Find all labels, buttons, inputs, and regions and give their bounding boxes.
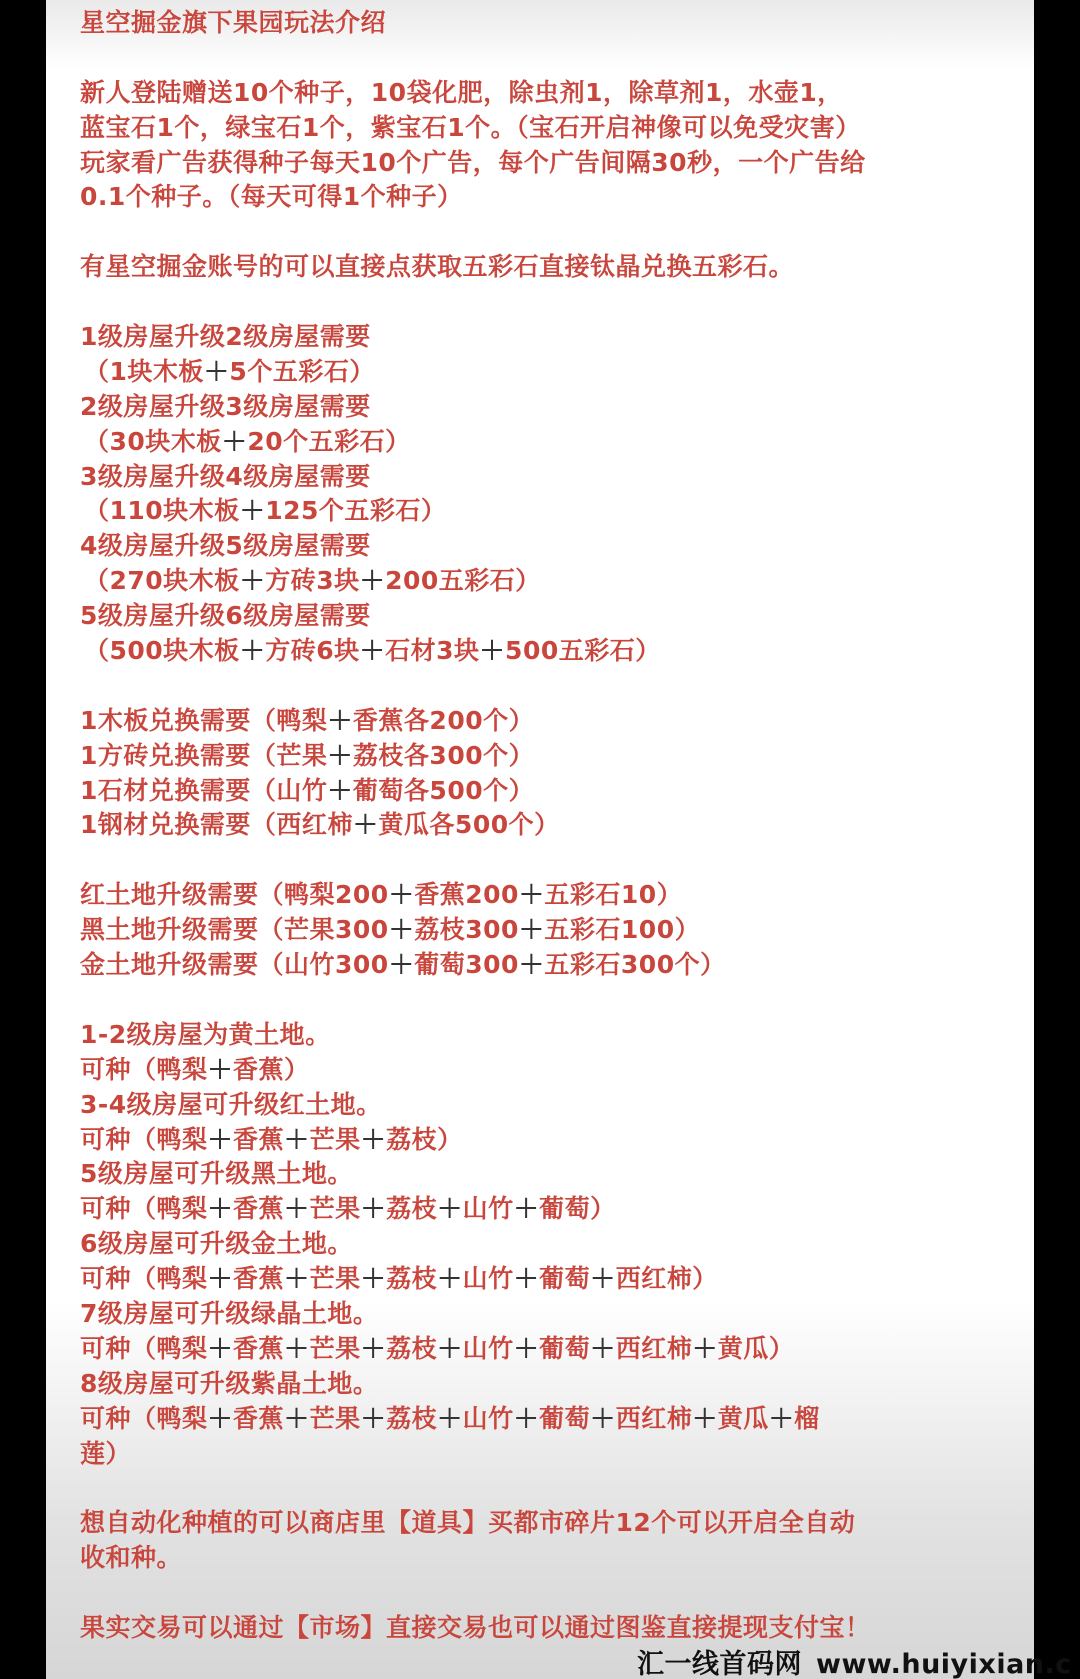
land-type-crops: 可种（鸭梨＋香蕉＋芒果＋荔枝＋山竹＋葡萄＋西红柿＋黄瓜） [80,1332,1020,1367]
item-text: 榴 [794,1404,820,1433]
plus-icon: ＋ [284,1194,310,1223]
plus-icon: ＋ [480,636,506,665]
item-text: 可种（鸭梨 [80,1334,208,1363]
item-text: 1钢材兑换需要（西红柿 [80,810,353,839]
plus-icon: ＋ [284,1334,310,1363]
house-upgrade-cost: （30块木板＋20个五彩石） [80,425,1020,460]
item-text: 芒果 [310,1334,361,1363]
house-upgrade-cost: （500块木板＋方砖6块＋石材3块＋500五彩石） [80,634,1020,669]
spacer [80,41,1020,76]
plus-icon: ＋ [208,1125,234,1154]
item-text: 葡萄 [539,1334,590,1363]
plus-icon: ＋ [437,1334,463,1363]
item-text: 山竹 [463,1264,514,1293]
item-text: 西红柿） [616,1264,718,1293]
plus-icon: ＋ [361,1194,387,1223]
plus-icon: ＋ [519,880,545,909]
item-text: 芒果 [310,1264,361,1293]
land-type-title: 8级房屋可升级紫晶土地。 [80,1367,1020,1402]
item-text: （270块木板 [84,566,240,595]
plus-icon: ＋ [361,1404,387,1433]
plus-icon: ＋ [361,1125,387,1154]
item-text: 葡萄 [539,1404,590,1433]
item-text: 荔枝300 [414,915,519,944]
item-text: 香蕉 [233,1264,284,1293]
plus-icon: ＋ [327,776,353,805]
land-type-title: 6级房屋可升级金土地。 [80,1227,1020,1262]
item-text: 葡萄） [539,1194,616,1223]
plus-icon: ＋ [208,1194,234,1223]
plus-icon: ＋ [361,1264,387,1293]
item-text: 荔枝） [386,1125,463,1154]
plus-icon: ＋ [208,1404,234,1433]
item-text: 荔枝 [386,1334,437,1363]
intro-line: 玩家看广告获得种子每天10个广告，每个广告间隔30秒，一个广告给 [80,146,1020,181]
exchange-line: 1石材兑换需要（山竹＋葡萄各500个） [80,774,1020,809]
item-text: （1块木板 [84,357,204,386]
item-text: 荔枝 [386,1264,437,1293]
land-type-crops: 可种（鸭梨＋香蕉＋芒果＋荔枝） [80,1123,1020,1158]
plus-icon: ＋ [208,1055,234,1084]
item-text: 香蕉） [233,1055,310,1084]
plus-icon: ＋ [389,950,415,979]
plus-icon: ＋ [389,880,415,909]
item-text: 黄瓜 [718,1404,769,1433]
house-upgrade-title: 4级房屋升级5级房屋需要 [80,529,1020,564]
right-letterbox [1034,0,1080,1679]
plus-icon: ＋ [327,741,353,770]
item-text: 香蕉 [233,1125,284,1154]
plus-icon: ＋ [284,1264,310,1293]
account-note: 有星空掘金账号的可以直接点获取五彩石直接钛晶兑换五彩石。 [80,250,1020,285]
plus-icon: ＋ [284,1404,310,1433]
item-text: 香蕉 [233,1404,284,1433]
spacer [80,285,1020,320]
item-text: 1木板兑换需要（鸭梨 [80,706,327,735]
exchange-line: 1钢材兑换需要（西红柿＋黄瓜各500个） [80,808,1020,843]
land-type-list: 1-2级房屋为黄土地。可种（鸭梨＋香蕉）3-4级房屋可升级红土地。可种（鸭梨＋香… [80,1018,1020,1472]
plus-icon: ＋ [222,427,248,456]
automation-note: 收和种。 [80,1541,1020,1576]
plus-icon: ＋ [208,1334,234,1363]
item-text: 葡萄各500个） [353,776,534,805]
house-upgrade-cost: （270块木板＋方砖3块＋200五彩石） [80,564,1020,599]
trade-note: 果实交易可以通过【市场】直接交易也可以通过图鉴直接提现支付宝！ [80,1611,1020,1646]
plus-icon: ＋ [514,1334,540,1363]
land-upgrade-line: 红土地升级需要（鸭梨200＋香蕉200＋五彩石10） [80,878,1020,913]
plus-icon: ＋ [360,636,386,665]
item-text: 山竹 [463,1404,514,1433]
spacer [80,983,1020,1018]
house-upgrade-cost: （110块木板＋125个五彩石） [80,494,1020,529]
item-text: 1石材兑换需要（山竹 [80,776,327,805]
plus-icon: ＋ [240,636,266,665]
item-text: 可种（鸭梨 [80,1404,208,1433]
plus-icon: ＋ [208,1264,234,1293]
item-text: 五彩石100） [544,915,700,944]
spacer [80,669,1020,704]
plus-icon: ＋ [519,915,545,944]
item-text: 500五彩石） [505,636,661,665]
plus-icon: ＋ [590,1404,616,1433]
item-text: 西红柿 [616,1404,693,1433]
plus-icon: ＋ [514,1404,540,1433]
item-text: 香蕉 [233,1194,284,1223]
plus-icon: ＋ [514,1264,540,1293]
material-exchange-list: 1木板兑换需要（鸭梨＋香蕉各200个）1方砖兑换需要（芒果＋荔枝各300个）1石… [80,704,1020,844]
land-upgrade-line: 黑土地升级需要（芒果300＋荔枝300＋五彩石100） [80,913,1020,948]
item-text: 五彩石300个） [544,950,725,979]
plus-icon: ＋ [360,566,386,595]
spacer [80,1471,1020,1506]
item-text: 方砖6块 [265,636,359,665]
automation-note: 想自动化种植的可以商店里【道具】买都市碎片12个可以开启全自动 [80,1506,1020,1541]
land-type-crops: 可种（鸭梨＋香蕉） [80,1053,1020,1088]
item-text: 山竹 [463,1194,514,1223]
item-text: 5个五彩石） [229,357,374,386]
plus-icon: ＋ [204,357,230,386]
plus-icon: ＋ [692,1334,718,1363]
item-text: 20个五彩石） [247,427,410,456]
house-upgrade-title: 5级房屋升级6级房屋需要 [80,599,1020,634]
plus-icon: ＋ [514,1194,540,1223]
plus-icon: ＋ [437,1194,463,1223]
item-text: 黄瓜各500个） [378,810,559,839]
exchange-line: 1木板兑换需要（鸭梨＋香蕉各200个） [80,704,1020,739]
item-text: 200五彩石） [385,566,541,595]
plus-icon: ＋ [769,1404,795,1433]
item-text: （30块木板 [84,427,222,456]
plus-icon: ＋ [284,1125,310,1154]
plus-icon: ＋ [361,1334,387,1363]
item-text: 黄瓜） [718,1334,795,1363]
watermark-name: 汇一线首码网 [637,1649,802,1679]
item-text: 方砖3块 [265,566,359,595]
house-upgrade-list: 1级房屋升级2级房屋需要（1块木板＋5个五彩石）2级房屋升级3级房屋需要（30块… [80,320,1020,669]
exchange-line: 1方砖兑换需要（芒果＋荔枝各300个） [80,739,1020,774]
plus-icon: ＋ [519,950,545,979]
item-text: 可种（鸭梨 [80,1125,208,1154]
house-upgrade-title: 2级房屋升级3级房屋需要 [80,390,1020,425]
spacer [80,1576,1020,1611]
plus-icon: ＋ [240,496,266,525]
item-text: 1方砖兑换需要（芒果 [80,741,327,770]
plus-icon: ＋ [692,1404,718,1433]
item-text: 香蕉各200个） [353,706,534,735]
spacer [80,215,1020,250]
land-upgrade-line: 金土地升级需要（山竹300＋葡萄300＋五彩石300个） [80,948,1020,983]
item-text: 红土地升级需要（鸭梨200 [80,880,389,909]
item-text: 可种（鸭梨 [80,1194,208,1223]
intro-line: 0.1个种子。（每天可得1个种子） [80,180,1020,215]
house-upgrade-title: 1级房屋升级2级房屋需要 [80,320,1020,355]
intro-line: 蓝宝石1个，绿宝石1个，紫宝石1个。（宝石开启神像可以免受灾害） [80,111,1020,146]
document-content: 星空掘金旗下果园玩法介绍 新人登陆赠送10个种子，10袋化肥，除虫剂1，除草剂1… [80,6,1020,1646]
item-text: 葡萄300 [414,950,519,979]
item-text: 葡萄 [539,1264,590,1293]
item-text: 荔枝各300个） [353,741,534,770]
land-type-crops: 可种（鸭梨＋香蕉＋芒果＋荔枝＋山竹＋葡萄＋西红柿＋黄瓜＋榴 [80,1402,1020,1437]
item-text: 芒果 [310,1404,361,1433]
watermark: 汇一线首码网www.huiyixian.c [637,1642,1072,1679]
item-text: 五彩石10） [544,880,682,909]
item-text: 可种（鸭梨 [80,1055,208,1084]
item-text: （110块木板 [84,496,240,525]
plus-icon: ＋ [437,1264,463,1293]
land-upgrade-list: 红土地升级需要（鸭梨200＋香蕉200＋五彩石10）黑土地升级需要（芒果300＋… [80,878,1020,983]
land-type-crops: 可种（鸭梨＋香蕉＋芒果＋荔枝＋山竹＋葡萄＋西红柿） [80,1262,1020,1297]
item-text: 山竹 [463,1334,514,1363]
item-text: 石材3块 [385,636,479,665]
plus-icon: ＋ [590,1334,616,1363]
intro-line: 新人登陆赠送10个种子，10袋化肥，除虫剂1，除草剂1，水壶1， [80,76,1020,111]
spacer [80,843,1020,878]
item-text: 西红柿 [616,1334,693,1363]
land-type-title: 7级房屋可升级绿晶土地。 [80,1297,1020,1332]
house-upgrade-title: 3级房屋升级4级房屋需要 [80,460,1020,495]
land-type-title: 5级房屋可升级黑土地。 [80,1157,1020,1192]
item-text: （500块木板 [84,636,240,665]
land-type-crops: 可种（鸭梨＋香蕉＋芒果＋荔枝＋山竹＋葡萄） [80,1192,1020,1227]
land-type-crops-wrap: 莲） [80,1437,1020,1472]
land-type-title: 3-4级房屋可升级红土地。 [80,1088,1020,1123]
plus-icon: ＋ [389,915,415,944]
item-text: 香蕉200 [414,880,519,909]
plus-icon: ＋ [240,566,266,595]
item-text: 125个五彩石） [265,496,446,525]
item-text: 芒果 [310,1194,361,1223]
item-text: 可种（鸭梨 [80,1264,208,1293]
land-type-title: 1-2级房屋为黄土地。 [80,1018,1020,1053]
plus-icon: ＋ [327,706,353,735]
item-text: 荔枝 [386,1404,437,1433]
document-title: 星空掘金旗下果园玩法介绍 [80,6,1020,41]
item-text: 芒果 [310,1125,361,1154]
item-text: 黑土地升级需要（芒果300 [80,915,389,944]
plus-icon: ＋ [590,1264,616,1293]
house-upgrade-cost: （1块木板＋5个五彩石） [80,355,1020,390]
plus-icon: ＋ [353,810,379,839]
item-text: 香蕉 [233,1334,284,1363]
item-text: 金土地升级需要（山竹300 [80,950,389,979]
plus-icon: ＋ [437,1404,463,1433]
watermark-url: www.huiyixian.c [816,1649,1072,1679]
item-text: 荔枝 [386,1194,437,1223]
